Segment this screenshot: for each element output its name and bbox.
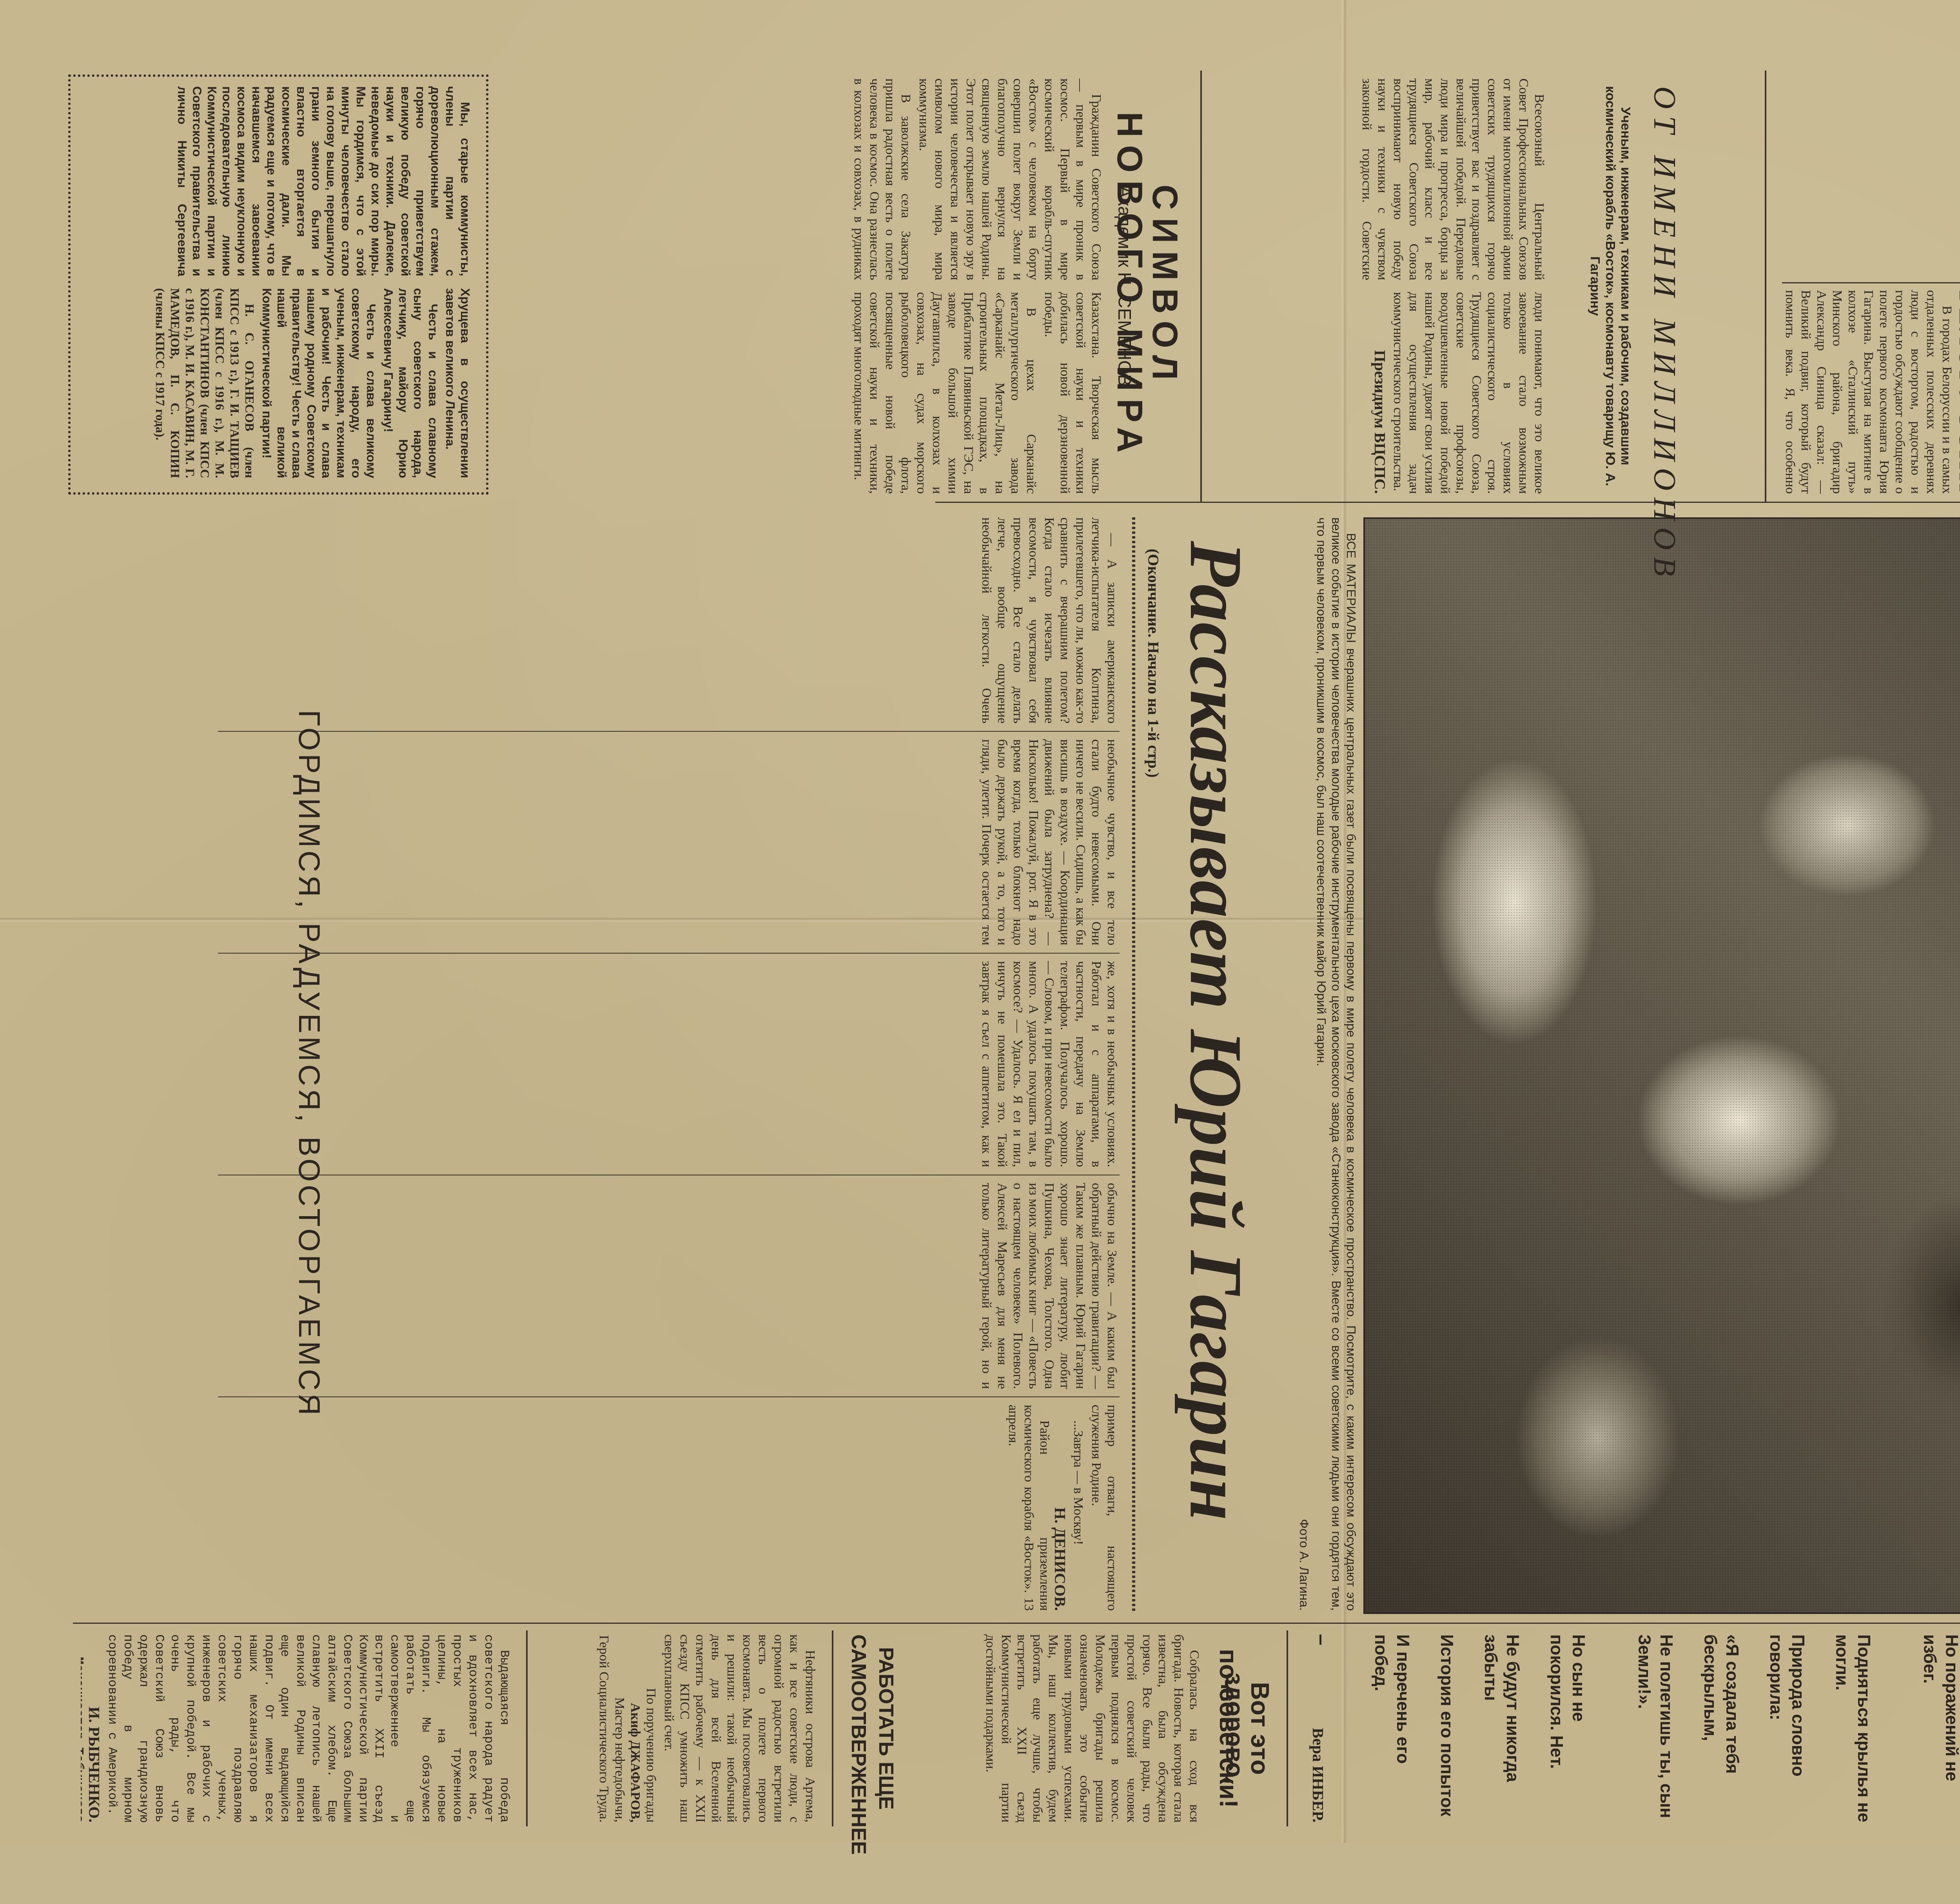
- poem-navek: Как рвался к небу человек! Какие прилага…: [1319, 1634, 1960, 1822]
- gagarin-interview: — А записки американского летчика-испыта…: [218, 517, 1120, 1611]
- article-ot-imeni-millionov: Всесоюзный Центральный Совет Профессиона…: [1214, 78, 1547, 494]
- photo-caption: ВСЕ МАТЕРИАЛЫ вчерашних центральных газе…: [1272, 517, 1359, 1611]
- article-vot-zdorovo: Собралась на сход вся бригада. Новость, …: [849, 1634, 1202, 1822]
- signature: Н. ДЕНИСОВ.: [1052, 1405, 1068, 1611]
- newspaper-page: 14 апреля 1961 г., № 104 (15584) ПРАВДА …: [0, 0, 1960, 1843]
- heading-rabotat-2: САМООТВЕРЖЕННЕЕ: [848, 1634, 869, 1822]
- article-rabotat: Нефтяники острова Артема, как и все сове…: [543, 1634, 818, 1822]
- feature-photo: [1363, 517, 1960, 1614]
- feature-title: Рассказывает Юрий Гагарин: [1178, 541, 1253, 1521]
- poem-author: Вера ИНБЕР.: [1309, 1634, 1327, 1822]
- article-heading: В ГОРОДАХ БЕЛОРУССИИ: [1955, 290, 1960, 494]
- author-semenov: Академик Н. СЕМЕНОВ: [1114, 78, 1135, 494]
- subheading-ot-imeni: Ученым, инженерам, техникам и рабочим, с…: [1555, 78, 1633, 494]
- article-polet-pervogo: ПОЛЕТ ПЕРВОГО Полет первого космонавта —…: [1782, 290, 1960, 494]
- heading-po-sovetski: по-советски!: [1216, 1634, 1241, 1822]
- article-gordimsya: Мы, старые коммунисты, члены партии с до…: [81, 86, 473, 478]
- signatories: Н. С. ОГАНЕСОВ (член КПСС с 1913 г.), Г.…: [153, 288, 257, 478]
- photo-credit: Фото А. Лагина.: [1297, 517, 1312, 1611]
- article-rybchenko: Выдающаяся победа советского народа раду…: [81, 1634, 512, 1822]
- continuation-note: (Окончание. Начало на 1-й стр.): [1144, 549, 1163, 778]
- heading-rabotat-1: РАБОТАТЬ ЕЩЕ: [876, 1634, 896, 1822]
- article-symbol-novogo-mira: Гражданин Советского Союза — первым в ми…: [516, 78, 1104, 494]
- heading-gordimsya: ГОРДИМСЯ, РАДУЕМСЯ, ВОСТОРГАЕМСЯ: [294, 517, 324, 1611]
- heading-ot-imeni-millionov: ОТ ИМЕНИ МИЛЛИОНОВ: [1649, 86, 1680, 583]
